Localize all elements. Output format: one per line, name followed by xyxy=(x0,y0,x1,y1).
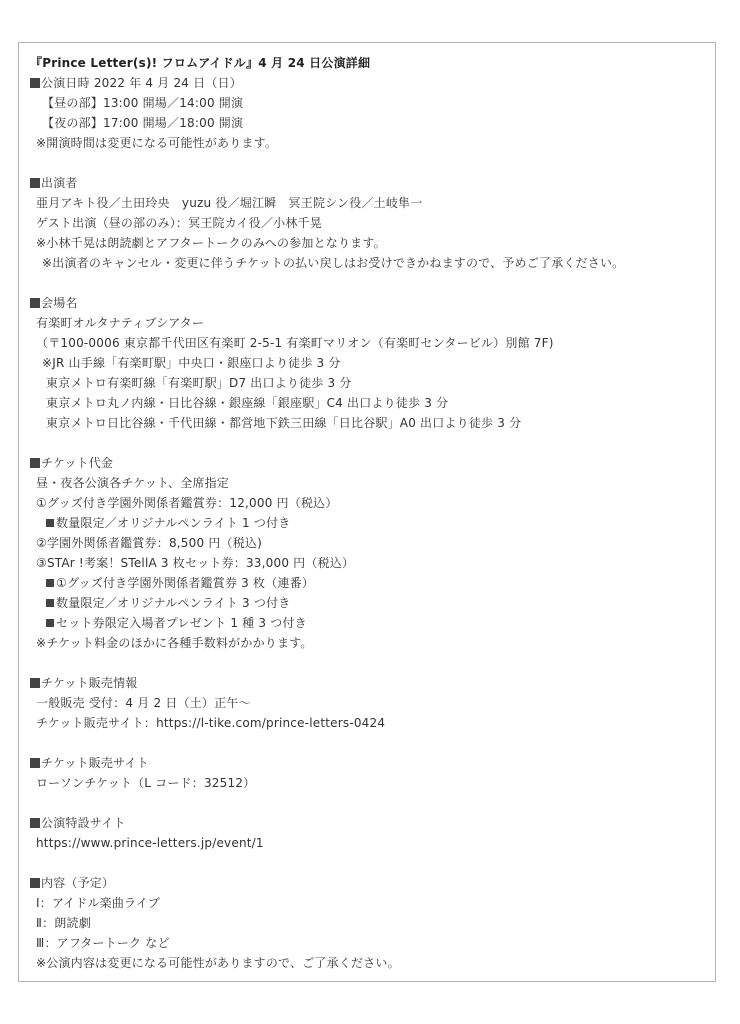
content-heading-text: 内容（予定） xyxy=(41,876,114,890)
event-details-box: 『Prince Letter(s)! フロムアイドル』4 月 24 日公演詳細 … xyxy=(18,42,716,982)
venue-access-jr: ※JR 山手線「有楽町駅」中央口・銀座口より徒歩 3 分 xyxy=(30,353,715,373)
official-site-link[interactable]: https://www.prince-letters.jp/event/1 xyxy=(36,836,264,850)
venue-heading-text: 会場名 xyxy=(41,296,78,310)
ticket-3-sub-3: セット券限定入場者プレゼント 1 種 3 つ付き xyxy=(30,613,715,633)
cast-guest: ゲスト出演（昼の部のみ）：冥王院カイ役／小林千晃 xyxy=(30,213,715,233)
sales-site-line: チケット販売サイト：https://l-tike.com/prince-lett… xyxy=(30,713,715,733)
ticket-3-sub-1: ①グッズ付き学園外関係者鑑賞券 3 枚（連番） xyxy=(30,573,715,593)
square-bullet-icon xyxy=(46,579,54,587)
square-bullet-icon xyxy=(30,78,40,88)
general-sale: 一般販売 受付：4 月 2 日（土）正午〜 xyxy=(30,693,715,713)
page-title: 『Prince Letter(s)! フロムアイドル』4 月 24 日公演詳細 xyxy=(30,53,715,73)
section-heading-tickets: チケット代金 xyxy=(30,453,715,473)
section-heading-datetime: 公演日時 2022 年 4 月 24 日（日） xyxy=(30,73,715,93)
square-bullet-icon xyxy=(46,519,54,527)
datetime-note: ※開演時間は変更になる可能性があります。 xyxy=(30,133,715,153)
square-bullet-icon xyxy=(30,818,40,828)
evening-time: 【夜の部】17:00 開場／18:00 開演 xyxy=(30,113,715,133)
square-bullet-icon xyxy=(30,758,40,768)
ticket-3: ③STAr !考案！STellA 3 枚セット券：33,000 円（税込） xyxy=(30,553,715,573)
venue-name: 有楽町オルタナティブシアター xyxy=(30,313,715,333)
venue-access-ginza: 東京メトロ丸ノ内線・日比谷線・銀座線「銀座駅」C4 出口より徒歩 3 分 xyxy=(30,393,715,413)
square-bullet-icon xyxy=(30,878,40,888)
ticket-1: ①グッズ付き学園外関係者鑑賞券：12,000 円（税込） xyxy=(30,493,715,513)
spacer xyxy=(30,433,715,453)
square-bullet-icon xyxy=(46,619,54,627)
official-site-heading-text: 公演特設サイト xyxy=(41,816,126,830)
ticket-1-sub-text: 数量限定／オリジナルペンライト 1 つ付き xyxy=(56,516,291,530)
tickets-intro: 昼・夜各公演各チケット、全席指定 xyxy=(30,473,715,493)
square-bullet-icon xyxy=(30,298,40,308)
sales-info-heading-text: チケット販売情報 xyxy=(41,676,138,690)
square-bullet-icon xyxy=(46,599,54,607)
content-item-3: Ⅲ：アフタートーク など xyxy=(30,933,715,953)
ticket-3-sub-2: 数量限定／オリジナルペンライト 3 つ付き xyxy=(30,593,715,613)
section-heading-official-site: 公演特設サイト xyxy=(30,813,715,833)
square-bullet-icon xyxy=(30,678,40,688)
sales-site-heading-text: チケット販売サイト xyxy=(41,756,149,770)
content-item-1: Ⅰ：アイドル楽曲ライブ xyxy=(30,893,715,913)
venue-address: （〒100-0006 東京都千代田区有楽町 2-5-1 有楽町マリオン（有楽町セ… xyxy=(30,333,715,353)
cast-note-1: ※小林千晃は朗読劇とアフタートークのみへの参加となります。 xyxy=(30,233,715,253)
ticket-2: ②学園外関係者鑑賞券：8,500 円（税込) xyxy=(30,533,715,553)
spacer xyxy=(30,853,715,873)
content-item-2: Ⅱ：朗読劇 xyxy=(30,913,715,933)
official-site-line: https://www.prince-letters.jp/event/1 xyxy=(30,833,715,853)
spacer xyxy=(30,793,715,813)
section-heading-sales-info: チケット販売情報 xyxy=(30,673,715,693)
sales-site-value: ローソンチケット（L コード：32512） xyxy=(30,773,715,793)
venue-access-hibiya: 東京メトロ日比谷線・千代田線・都営地下鉄三田線「日比谷駅」A0 出口より徒歩 3… xyxy=(30,413,715,433)
ticket-3-sub-3-text: セット券限定入場者プレゼント 1 種 3 つ付き xyxy=(56,616,307,630)
ticket-3-sub-2-text: 数量限定／オリジナルペンライト 3 つ付き xyxy=(56,596,291,610)
section-heading-sales-site: チケット販売サイト xyxy=(30,753,715,773)
section-heading-venue: 会場名 xyxy=(30,293,715,313)
sales-site-label: チケット販売サイト： xyxy=(36,716,156,730)
square-bullet-icon xyxy=(30,178,40,188)
ticket-3-sub-1-text: ①グッズ付き学園外関係者鑑賞券 3 枚（連番） xyxy=(56,576,314,590)
spacer xyxy=(30,733,715,753)
square-bullet-icon xyxy=(30,458,40,468)
cast-note-2: ※出演者のキャンセル・変更に伴うチケットの払い戻しはお受けできかねますので、予め… xyxy=(30,253,715,273)
section-heading-content: 内容（予定） xyxy=(30,873,715,893)
tickets-heading-text: チケット代金 xyxy=(41,456,113,470)
ticket-1-sub: 数量限定／オリジナルペンライト 1 つ付き xyxy=(30,513,715,533)
datetime-heading-text: 公演日時 2022 年 4 月 24 日（日） xyxy=(41,76,242,90)
spacer xyxy=(30,273,715,293)
section-heading-cast: 出演者 xyxy=(30,173,715,193)
matinee-time: 【昼の部】13:00 開場／14:00 開演 xyxy=(30,93,715,113)
sales-site-link[interactable]: https://l-tike.com/prince-letters-0424 xyxy=(156,716,385,730)
cast-main: 亜月アキト役／土田玲央 yuzu 役／堀江瞬 冥王院シン役／土岐隼一 xyxy=(30,193,715,213)
tickets-note: ※チケット料金のほかに各種手数料がかかります。 xyxy=(30,633,715,653)
venue-access-yurakucho: 東京メトロ有楽町線「有楽町駅」D7 出口より徒歩 3 分 xyxy=(30,373,715,393)
content-note: ※公演内容は変更になる可能性がありますので、ご了承ください。 xyxy=(30,953,715,973)
spacer xyxy=(30,653,715,673)
cast-heading-text: 出演者 xyxy=(41,176,78,190)
spacer xyxy=(30,153,715,173)
